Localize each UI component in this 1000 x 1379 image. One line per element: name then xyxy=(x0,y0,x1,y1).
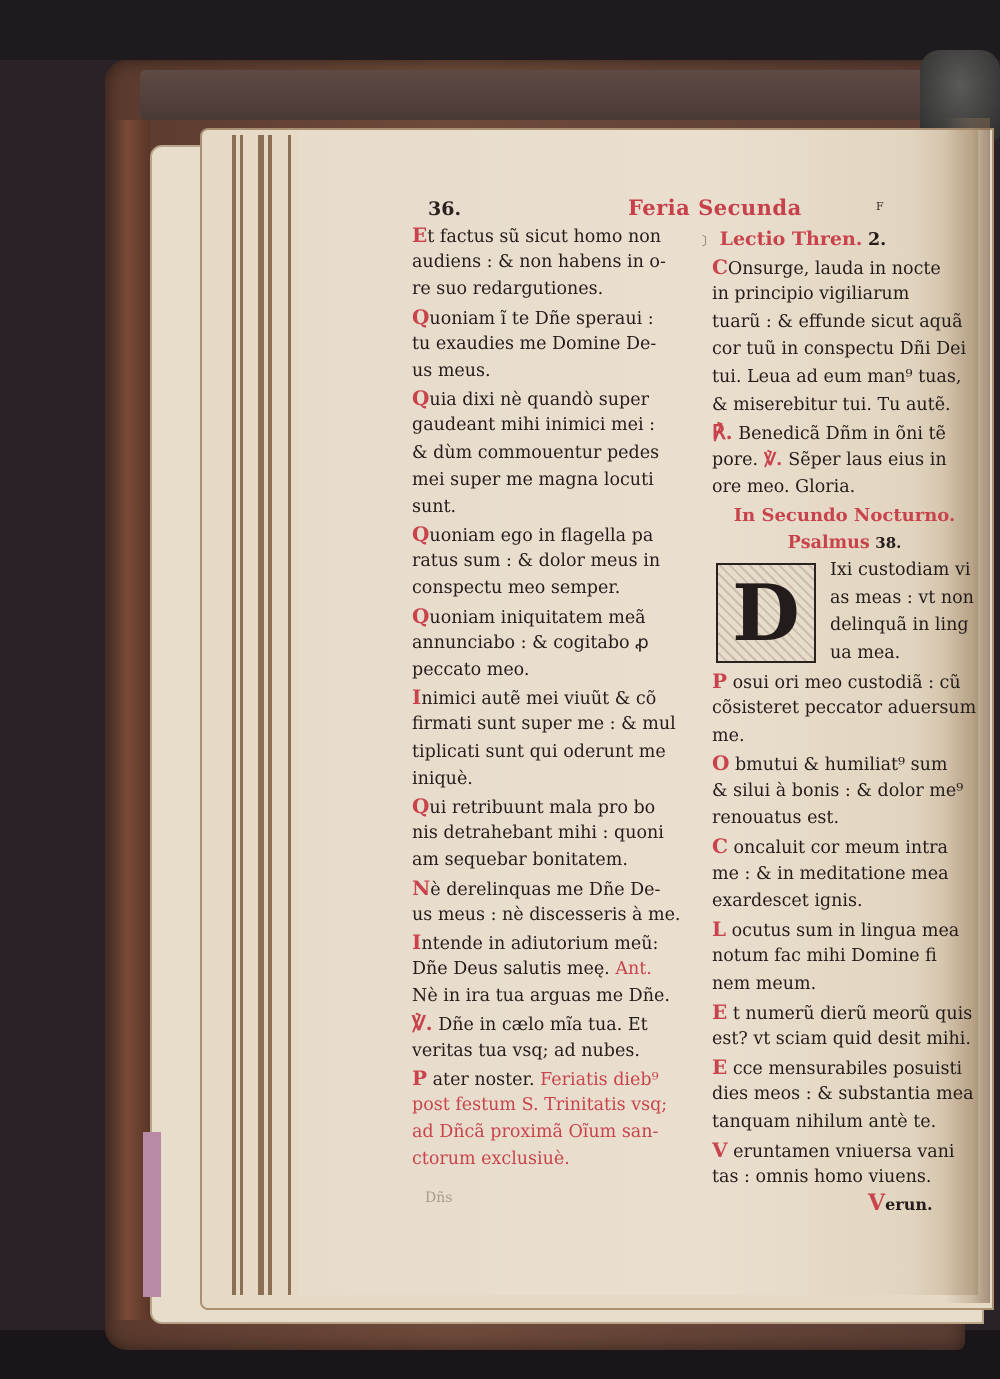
line-text: Benedicã Dñm in õni tẽ xyxy=(733,424,946,444)
text-line: re suo redargutiones. xyxy=(412,276,696,303)
line-text: cce mensurabiles posuisti xyxy=(727,1059,962,1079)
line-text: me. xyxy=(712,726,745,746)
text-line: firmati sunt super me : & mul xyxy=(412,711,696,738)
text-line: V eruntamen vniuersa vani xyxy=(712,1137,977,1165)
line-text: mei super me magna locuti xyxy=(412,470,654,490)
line-text: conspectu meo semper. xyxy=(412,578,620,598)
line-text: est? vt sciam quid desit mihi. xyxy=(712,1029,971,1049)
text-line: veritas tua vsq; ad nubes. xyxy=(412,1038,696,1065)
text-line: renouatus est. xyxy=(712,805,977,833)
line-text: pore. xyxy=(712,450,758,470)
line-text: tu exaudies me Domine De- xyxy=(412,334,656,354)
line-text: tas : omnis homo viuens. xyxy=(712,1167,931,1187)
rubricated-initial: N xyxy=(412,876,430,900)
text-line: tas : omnis homo viuens. xyxy=(712,1164,977,1192)
rubricated-initial: E xyxy=(412,223,427,247)
psalm-label: Psalmus xyxy=(788,533,870,553)
text-line: Quia dixi nè quandò super xyxy=(412,385,696,412)
text-line: Nè derelinquas me Dñe De- xyxy=(412,875,696,902)
folio-number: 36. xyxy=(428,198,461,220)
line-text: nis detrahebant mihi : quoni xyxy=(412,823,664,843)
line-text: osui ori meo custodiã : cũ xyxy=(727,673,961,693)
line-text: cor tuũ in conspectu Dñi Dei xyxy=(712,339,966,359)
rubricated-initial: P xyxy=(412,1066,427,1090)
rubricated-initial: O xyxy=(712,751,729,775)
line-text: tanquam nihilum antè te. xyxy=(712,1112,936,1132)
text-line: as meas : vt non xyxy=(830,585,977,613)
line-text: gaudeant mihi inimici mei : xyxy=(412,415,655,435)
text-line: tui. Leua ad eum man⁹ tuas, xyxy=(712,364,977,392)
line-text: uoniam ĩ te Dñe speraui : xyxy=(429,309,653,329)
rubric-text: ctorum exclusiuè. xyxy=(412,1149,570,1169)
line-text: veritas tua vsq; ad nubes. xyxy=(412,1041,640,1061)
text-line: ℣. Dñe in cælo mĩa tua. Et xyxy=(412,1010,696,1037)
text-line: us meus. xyxy=(412,358,696,385)
text-line: delinquã in ling xyxy=(830,612,977,640)
text-line: dies meos : & substantia mea xyxy=(712,1081,977,1109)
line-text: renouatus est. xyxy=(712,808,839,828)
text-line: Inimici autẽ mei viuũt & cõ xyxy=(412,684,696,711)
line-text: tuarũ : & effunde sicut aquã xyxy=(712,312,963,332)
text-line: conspectu meo semper. xyxy=(412,575,696,602)
text-line: ctorum exclusiuè. xyxy=(412,1146,696,1173)
text-line: COnsurge, lauda in nocte xyxy=(712,254,977,282)
line-text: nem meum. xyxy=(712,974,816,994)
rubricated-initial: E xyxy=(712,1055,727,1079)
section-title: In Secundo Nocturno. xyxy=(712,502,977,530)
text-line: cõsisteret peccator aduersum xyxy=(712,695,977,723)
text-line: ore meo. Gloria. xyxy=(712,474,977,502)
text-line: Nè in ira tua arguas me Dñe. xyxy=(412,983,696,1010)
line-text: uoniam ego in flagella pa xyxy=(429,526,653,546)
text-line: am sequebar bonitatem. xyxy=(412,847,696,874)
rubricated-initial: ℟. xyxy=(712,420,733,444)
page-edge-line xyxy=(240,135,243,1295)
psalm-number: 38. xyxy=(875,534,901,552)
text-line: tanquam nihilum antè te. xyxy=(712,1109,977,1137)
text-line: & dùm commouentur pedes xyxy=(412,440,696,467)
line-text: uoniam iniquitatem meã xyxy=(429,608,645,628)
line-text: Sẽper laus eius in xyxy=(788,450,946,470)
line-text: t numerũ dierũ meorũ quis xyxy=(727,1004,972,1024)
line-text: ntende in adiutorium meũ: xyxy=(421,934,658,954)
text-line: in principio vigiliarum xyxy=(712,281,977,309)
signature-mark: F xyxy=(876,200,884,213)
text-line: Quoniam ĩ te Dñe speraui : xyxy=(412,304,696,331)
rubricated-initial: E xyxy=(712,1000,727,1024)
line-text: me : & in meditatione mea xyxy=(712,864,949,884)
page-edge-line xyxy=(268,135,272,1295)
text-line: E cce mensurabiles posuisti xyxy=(712,1054,977,1082)
text-line: Quoniam iniquitatem meã xyxy=(412,603,696,630)
line-text: ater noster. xyxy=(427,1070,535,1090)
line-text: re suo redargutiones. xyxy=(412,279,603,299)
rubric-text: Ant. xyxy=(610,959,652,979)
catchword: Verun. xyxy=(868,1190,933,1216)
line-text: cõsisteret peccator aduersum xyxy=(712,698,976,718)
rubricated-initial: Q xyxy=(412,386,429,410)
line-text: us meus : nè discesseris à me. xyxy=(412,905,681,925)
text-line: E t numerũ dierũ meorũ quis xyxy=(712,999,977,1027)
line-text: notum fac mihi Domine fi xyxy=(712,946,937,966)
rubric-text: post festum S. Trinitatis vsq; xyxy=(412,1095,667,1115)
text-line: Ixi custodiam vi xyxy=(830,557,977,585)
text-line: Intende in adiutorium meũ: xyxy=(412,929,696,956)
line-text: ore meo. Gloria. xyxy=(712,477,855,497)
line-text: è derelinquas me Dñe De- xyxy=(430,880,660,900)
line-text: sunt. xyxy=(412,497,456,517)
cover-top-edge xyxy=(140,70,940,120)
line-text: t factus sũ sicut homo non xyxy=(427,227,661,247)
rubricated-initial: C xyxy=(712,834,728,858)
line-text: bmutui & humiliat⁹ sum xyxy=(729,755,947,775)
text-line: me. xyxy=(712,723,977,751)
line-text: & miserebitur tui. Tu autẽ. xyxy=(712,395,951,415)
rubric-text: ad Dñcã proximã Oĩum san- xyxy=(412,1122,658,1142)
text-line: us meus : nè discesseris à me. xyxy=(412,902,696,929)
line-text: annunciabo : & cogitabo ꝓ xyxy=(412,633,649,653)
text-line: me : & in meditatione mea xyxy=(712,861,977,889)
lectio-title: Lectio Thren. xyxy=(720,228,863,250)
text-line: nem meum. xyxy=(712,971,977,999)
text-line: cor tuũ in conspectu Dñi Dei xyxy=(712,336,977,364)
text-line: O bmutui & humiliat⁹ sum xyxy=(712,750,977,778)
line-text: tui. Leua ad eum man⁹ tuas, xyxy=(712,367,961,387)
text-line: C oncaluit cor meum intra xyxy=(712,833,977,861)
text-line: Qui retribuunt mala pro bo xyxy=(412,793,696,820)
rubricated-initial: ℣. xyxy=(412,1011,433,1035)
line-text: Onsurge, lauda in nocte xyxy=(728,259,941,279)
text-line: nis detrahebant mihi : quoni xyxy=(412,820,696,847)
text-line: ad Dñcã proximã Oĩum san- xyxy=(412,1119,696,1146)
lectio-heading: 〕 Lectio Thren. 2. xyxy=(702,226,977,254)
text-line: ua mea. xyxy=(830,640,977,668)
line-text: exardescet ignis. xyxy=(712,891,863,911)
bleed-through-text: Dñs xyxy=(425,1190,452,1206)
text-line: P osui ori meo custodiã : cũ xyxy=(712,668,977,696)
line-text: eruntamen vniuersa vani xyxy=(728,1142,955,1162)
text-line: pore. ℣. Sẽper laus eius in xyxy=(712,447,977,475)
line-text: & dùm commouentur pedes xyxy=(412,443,659,463)
rubricated-initial: Q xyxy=(412,522,429,546)
text-line: Et factus sũ sicut homo non xyxy=(412,222,696,249)
line-text: ui retribuunt mala pro bo xyxy=(429,798,655,818)
text-line: annunciabo : & cogitabo ꝓ xyxy=(412,630,696,657)
rubric-text: Feriatis dieb⁹ xyxy=(535,1070,659,1090)
text-line: tu exaudies me Domine De- xyxy=(412,331,696,358)
running-head: Feria Secunda xyxy=(628,195,802,220)
line-text: in principio vigiliarum xyxy=(712,284,909,304)
text-line: & silui à bonis : & dolor me⁹ xyxy=(712,778,977,806)
page-edge-line xyxy=(288,135,291,1295)
rubricated-initial: C xyxy=(712,255,728,279)
rubricated-initial: Q xyxy=(412,794,429,818)
text-line: peccato meo. xyxy=(412,657,696,684)
text-line: gaudeant mihi inimici mei : xyxy=(412,412,696,439)
text-line: post festum S. Trinitatis vsq; xyxy=(412,1092,696,1119)
text-line: tuarũ : & effunde sicut aquã xyxy=(712,309,977,337)
line-text: iniquè. xyxy=(412,769,473,789)
page-edge-line xyxy=(258,135,264,1295)
text-line: iniquè. xyxy=(412,766,696,793)
line-text: Nè in ira tua arguas me Dñe. xyxy=(412,986,670,1006)
text-line: P ater noster. Feriatis dieb⁹ xyxy=(412,1065,696,1092)
line-text: nimici autẽ mei viuũt & cõ xyxy=(421,689,656,709)
rubricated-initial: I xyxy=(412,685,421,709)
line-text: oncaluit cor meum intra xyxy=(728,838,948,858)
line-text: peccato meo. xyxy=(412,660,529,680)
rubric-versicle: ℣. xyxy=(758,450,788,470)
text-line: mei super me magna locuti xyxy=(412,467,696,494)
page-edge-line xyxy=(232,135,236,1295)
psalm-heading: Psalmus 38. xyxy=(712,530,977,558)
line-text: uia dixi nè quandò super xyxy=(429,390,649,410)
bookmark-ribbon xyxy=(143,1132,161,1297)
decorated-initial-d: D xyxy=(716,563,816,663)
line-text: am sequebar bonitatem. xyxy=(412,850,628,870)
text-line: notum fac mihi Domine fi xyxy=(712,943,977,971)
rubricated-initial: P xyxy=(712,669,727,693)
line-text: & silui à bonis : & dolor me⁹ xyxy=(712,781,963,801)
text-line: L ocutus sum in lingua mea xyxy=(712,916,977,944)
text-line: ℟. Benedicã Dñm in õni tẽ xyxy=(712,419,977,447)
text-line: ratus sum : & dolor meus in xyxy=(412,548,696,575)
heading-marker: 〕 xyxy=(702,234,714,248)
left-column: Et factus sũ sicut homo nonaudiens : & n… xyxy=(412,222,696,1174)
rubricated-initial: Q xyxy=(412,604,429,628)
line-text: firmati sunt super me : & mul xyxy=(412,714,676,734)
rubricated-initial: I xyxy=(412,930,421,954)
line-text: us meus. xyxy=(412,361,491,381)
line-text: Dñe Deus salutis meę. xyxy=(412,959,610,979)
text-line: Dñe Deus salutis meę. Ant. xyxy=(412,956,696,983)
catchword-text: erun. xyxy=(885,1195,932,1214)
line-text: dies meos : & substantia mea xyxy=(712,1084,974,1104)
catchword-initial: V xyxy=(868,1190,885,1216)
rubricated-initial: Q xyxy=(412,305,429,329)
text-line: est? vt sciam quid desit mihi. xyxy=(712,1026,977,1054)
psalm-text: P osui ori meo custodiã : cũcõsisteret p… xyxy=(712,668,977,1192)
lectio-text: COnsurge, lauda in nocte in principio vi… xyxy=(712,254,977,502)
text-line: audiens : & non habens in o- xyxy=(412,249,696,276)
text-line: tiplicati sunt qui oderunt me xyxy=(412,739,696,766)
rubricated-initial: L xyxy=(712,917,726,941)
text-line: & miserebitur tui. Tu autẽ. xyxy=(712,392,977,420)
text-line: exardescet ignis. xyxy=(712,888,977,916)
rubricated-initial: V xyxy=(712,1138,728,1162)
right-column: 〕 Lectio Thren. 2. COnsurge, lauda in no… xyxy=(712,226,977,1192)
text-line: Quoniam ego in flagella pa xyxy=(412,521,696,548)
line-text: Dñe in cælo mĩa tua. Et xyxy=(433,1015,648,1035)
line-text: audiens : & non habens in o- xyxy=(412,252,666,272)
line-text: ocutus sum in lingua mea xyxy=(726,921,959,941)
background-top xyxy=(0,0,1000,60)
line-text: tiplicati sunt qui oderunt me xyxy=(412,742,666,762)
text-line: sunt. xyxy=(412,494,696,521)
lectio-number: 2. xyxy=(868,230,886,250)
line-text: ratus sum : & dolor meus in xyxy=(412,551,660,571)
